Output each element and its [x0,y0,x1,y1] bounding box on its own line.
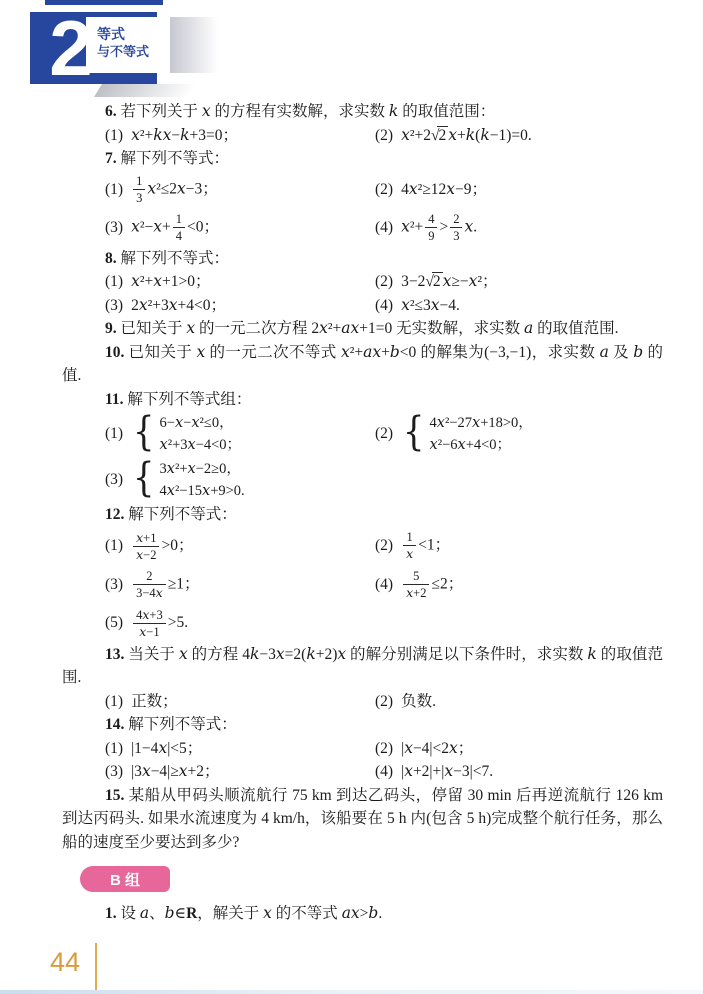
cases-line: x²−6x+4<0； [430,434,533,456]
math-variable: x [202,483,210,499]
item-label: (4) [375,294,393,318]
square-root: √2 [425,273,442,290]
math-variable: k [250,645,259,663]
item-label: (4) [375,573,393,597]
problem-stem: 9. 已知关于 x 的一元二次方程 2x²+ax+1=0 无实数解，求实数 a … [62,317,663,341]
math-variable: x [276,645,285,663]
problem-stem: 11. 解下列不等式组： [62,388,663,412]
item-label: (2) [375,124,393,148]
problem-row: (3)|3x−4|≥x+2；(4)|x+2|+|x−3|<7. [62,760,663,784]
math-variable: x [131,126,140,144]
problem-number: 9. [105,320,117,337]
problem-item: (3){3x²+x−2≥0，4x²−15x+9>0. [105,458,663,502]
math-variable: x [449,739,458,757]
item-label: (1) [105,178,123,202]
math-variable: x [443,272,452,290]
problem-item: (3)x²−x+14<0； [105,212,375,244]
cases-line: 4x²−15x+9>0. [160,480,245,502]
math-variable: x [139,624,146,639]
chapter-title-line1: 等式 [97,25,170,43]
problem-item: (3)|3x−4|≥x+2； [105,760,375,784]
fraction: 14 [173,212,185,244]
page-number: 44 [50,947,80,977]
math-variable: k [480,126,489,144]
problem-item: (1)x²+kx−k+3=0； [105,124,375,148]
math-variable: k [587,645,596,663]
item-label: (4) [375,760,393,784]
math-variable: x [131,272,140,290]
math-variable: a [524,319,533,337]
problem-item: (2)3−2√2x≥−x²； [375,270,663,294]
problem-item: (2)1x<1； [375,530,663,562]
math-variable: x [167,461,175,477]
problem-item: (4)|x+2|+|x−3|<7. [375,760,663,784]
problem-number: 7. [105,150,117,167]
problem-stem: 12. 解下列不等式： [62,503,663,527]
math-variable: x [139,296,148,314]
math-variable: x [406,546,413,561]
bold-symbol: R [186,905,197,922]
math-variable: x [472,415,480,431]
problem-item: (1)|1−4x|<5； [105,737,375,761]
item-label: (3) [105,294,123,318]
item-label: (1) [105,737,123,761]
left-brace: { [133,458,155,498]
problem-row: (1)13x²≤2x−3；(2)4x²≥12x−9； [62,171,663,209]
item-formula: 正数； [131,690,178,714]
math-variable: x [197,343,206,361]
math-variable: x [448,126,457,144]
chapter-title-line2: 与不等式 [97,43,170,60]
fraction: 13 [133,174,145,206]
math-variable: x [444,762,453,780]
item-formula: |x+2|+|x−3|<7. [401,760,493,784]
math-variable: x [263,904,272,922]
cases-line: 3x²+x−2≥0， [160,458,245,480]
math-variable: a [600,343,609,361]
item-formula: 负数. [401,690,436,714]
item-formula: 4x²≥12x−9； [401,178,487,202]
math-variable: x [191,415,199,431]
problem-number: 13. [105,646,124,663]
item-label: (1) [105,422,123,446]
item-label: (1) [105,534,123,558]
math-variable: x [158,739,167,757]
item-formula: x²+x+1>0； [131,270,210,294]
problem-item: (2){4x²−27x+18>0，x²−6x+4<0； [375,412,663,456]
math-variable: x [153,272,162,290]
chapter-title-box: 等式 与不等式 [86,17,170,73]
item-formula: x²≤3x−4. [401,294,460,318]
math-variable: ax [341,319,359,337]
math-variable: x [147,179,156,197]
item-formula: 1x<1； [401,530,450,562]
math-variable: x [341,343,350,361]
problem-item: (1){6−x−x²≤0，x²+3x−4<0； [105,412,375,456]
square-root: √2 [431,127,448,144]
math-variable: x [177,179,186,197]
math-variable: x [202,102,211,120]
item-label: (3) [105,573,123,597]
problem-row: (1)|1−4x|<5；(2)|x−4|<2x； [62,737,663,761]
item-formula: 13x²≤2x−3； [131,174,218,206]
problem-item: (2)x²+2√2x+k(k−1)=0. [375,124,663,148]
problem-14: 14. 解下列不等式：(1)|1−4x|<5；(2)|x−4|<2x；(3)|3… [62,713,663,784]
math-variable: x [136,547,143,562]
item-label: (1) [105,270,123,294]
math-variable: x [186,319,195,337]
item-label: (2) [375,178,393,202]
math-variable: x [464,217,473,235]
problem-6: 6. 若下列关于 x 的方程有实数解，求实数 k 的取值范围：(1)x²+kx−… [62,100,663,147]
group-b-badge: B 组 [80,866,170,892]
math-variable: k [466,126,475,144]
problem-stem: 7. 解下列不等式： [62,147,663,171]
math-variable: x [142,607,149,622]
math-variable: x [175,415,183,431]
math-variable: k [180,126,189,144]
item-label: (1) [105,690,123,714]
item-label: (2) [375,422,393,446]
problems-group-b: 1. 设 a、b∈R，解关于 x 的不等式 ax>b. [62,902,663,926]
math-variable: x [142,762,151,780]
problem-row: (3){3x²+x−2≥0，4x²−15x+9>0. [62,457,663,503]
item-formula: 3−2√2x≥−x²； [401,270,497,294]
problem-item: (2)|x−4|<2x； [375,737,663,761]
math-variable: a [140,904,149,922]
problem-row: (3)23−4x≥1；(4)5x+2≤2； [62,566,663,604]
item-label: (2) [375,737,393,761]
math-variable: x [458,437,466,453]
item-formula: x+1x−2>0； [131,530,193,563]
problem-item: (4)x²+49>23x. [375,212,663,244]
item-formula: |3x−4|≥x+2； [131,760,219,784]
problem-number: 15. [105,787,124,804]
math-variable: x [188,437,196,453]
chapter-title-fade [170,17,218,73]
problem-number: 6. [105,103,117,120]
problem-item: (1)正数； [105,690,375,714]
problem-row: (3)2x²+3x+4<0；(4)x²≤3x−4. [62,294,663,318]
problem-number: 14. [105,716,124,733]
math-variable: x [319,319,328,337]
math-variable: x [179,762,188,780]
problem-row: (1)x²+x+1>0；(2)3−2√2x≥−x²； [62,270,663,294]
item-label: (2) [375,690,393,714]
problem-item: (2)负数. [375,690,663,714]
math-variable: x [188,461,196,477]
left-brace: { [403,412,425,452]
page-number-rule [95,943,97,991]
problem-item: (1)x²+x+1>0； [105,270,375,294]
problems-group-a: 6. 若下列关于 x 的方程有实数解，求实数 k 的取值范围：(1)x²+kx−… [62,100,663,854]
item-formula: 4x+3x−1>5. [131,607,188,640]
item-formula: |1−4x|<5； [131,737,202,761]
math-variable: x [401,217,410,235]
math-variable: ax [342,904,360,922]
page-bottom-edge [0,990,703,994]
item-formula: 5x+2≤2； [401,569,463,601]
item-formula: x²−x+14<0； [131,212,219,244]
fraction: 23−4x [133,569,166,601]
problem-item: (4)5x+2≤2； [375,569,663,601]
problem-stem: 13. 当关于 x 的方程 4k−3x=2(k+2)x 的解分别满足以下条件时，… [62,643,663,690]
cases-line: 6−x−x²≤0， [160,412,242,434]
problem-13: 13. 当关于 x 的方程 4k−3x=2(k+2)x 的解分别满足以下条件时，… [62,643,663,714]
item-label: (3) [105,216,123,240]
problem-stem: 14. 解下列不等式： [62,713,663,737]
cases-system: {4x²−27x+18>0，x²−6x+4<0； [401,412,533,456]
problem-item: (2)4x²≥12x−9； [375,178,663,202]
math-variable: x [437,415,445,431]
item-formula: {6−x−x²≤0，x²+3x−4<0； [131,412,241,456]
problem-number: 1. [105,905,117,922]
math-variable: x [409,180,418,198]
item-label: (3) [105,760,123,784]
item-formula: {4x²−27x+18>0，x²−6x+4<0； [401,412,533,456]
math-variable: x [404,739,413,757]
fraction: 5x+2 [403,569,429,601]
problem-item: (1)x+1x−2>0； [105,530,375,563]
fraction: 49 [425,212,437,244]
cases-line: x²+3x−4<0； [160,434,242,456]
problem-row: (3)x²−x+14<0；(4)x²+49>23x. [62,209,663,247]
left-brace: { [133,412,155,452]
problem-15: 15. 某船从甲码头顺流航行 75 km 到达乙码头，停留 30 min 后再逆… [62,784,663,855]
math-variable: b [633,343,643,361]
math-variable: k [306,645,315,663]
item-formula: x²+49>23x. [401,212,477,244]
math-variable: kx [153,126,171,144]
item-label: (4) [375,216,393,240]
problem-number: 8. [105,250,117,267]
fraction: 23 [450,212,462,244]
problem-stem: 6. 若下列关于 x 的方程有实数解，求实数 k 的取值范围： [62,100,663,124]
math-variable: b [368,904,378,922]
math-variable: x [167,483,175,499]
problem-11: 11. 解下列不等式组：(1){6−x−x²≤0，x²+3x−4<0；(2){4… [62,388,663,504]
item-label: (1) [105,124,123,148]
math-variable: x [406,585,413,600]
chapter-shadow [94,84,197,97]
cases-line: 4x²−27x+18>0， [430,412,533,434]
textbook-page: 2 等式 与不等式 6. 若下列关于 x 的方程有实数解，求实数 k 的取值范围… [0,0,703,994]
problem-8: 8. 解下列不等式：(1)x²+x+1>0；(2)3−2√2x≥−x²；(3)2… [62,247,663,318]
math-variable: x [401,126,410,144]
problem-7: 7. 解下列不等式：(1)13x²≤2x−3；(2)4x²≥12x−9；(3)x… [62,147,663,247]
problem-row: (1){6−x−x²≤0，x²+3x−4<0；(2){4x²−27x+18>0，… [62,411,663,457]
item-formula: 23−4x≥1； [131,569,199,601]
problem-10: 10. 已知关于 x 的一元二次不等式 x²+ax+b<0 的解集为(−3,−1… [62,341,663,388]
math-variable: x [153,217,162,235]
problem-stem: 1. 设 a、b∈R，解关于 x 的不等式 ax>b. [62,902,663,926]
math-variable: ax [363,343,381,361]
math-variable: x [431,296,440,314]
chapter-badge: 2 等式 与不等式 [0,0,280,115]
problem-item: (1)13x²≤2x−3； [105,174,375,206]
math-variable: x [136,530,143,545]
problem-row: (1)正数；(2)负数. [62,690,663,714]
item-label: (2) [375,270,393,294]
math-variable: x [337,645,346,663]
problem-stem: 8. 解下列不等式： [62,247,663,271]
math-variable: x [160,437,168,453]
fraction: 1x [403,530,416,562]
problem-number: 12. [105,506,124,523]
item-formula: 2x²+3x+4<0； [131,294,226,318]
math-variable: x [156,585,163,600]
item-label: (3) [105,468,123,492]
problem-1: 1. 设 a、b∈R，解关于 x 的不等式 ax>b. [62,902,663,926]
math-variable: x [446,180,455,198]
problem-12: 12. 解下列不等式：(1)x+1x−2>0；(2)1x<1；(3)23−4x≥… [62,503,663,643]
math-variable: x [401,296,410,314]
item-label: (5) [105,611,123,635]
math-variable: x [179,645,188,663]
problem-item: (3)23−4x≥1； [105,569,375,601]
item-formula: {3x²+x−2≥0，4x²−15x+9>0. [131,458,245,502]
fraction: 4x+3x−1 [133,607,166,640]
problem-stem: 15. 某船从甲码头顺流航行 75 km 到达乙码头，停留 30 min 后再逆… [62,784,663,855]
problem-row: (5)4x+3x−1>5. [62,604,663,643]
math-variable: x [469,272,478,290]
problem-stem: 10. 已知关于 x 的一元二次不等式 x²+ax+b<0 的解集为(−3,−1… [62,341,663,388]
problem-9: 9. 已知关于 x 的一元二次方程 2x²+ax+1=0 无实数解，求实数 a … [62,317,663,341]
math-variable: b [390,343,400,361]
problem-number: 10. [105,344,124,361]
math-variable: x [131,217,140,235]
item-formula: x²+2√2x+k(k−1)=0. [401,124,532,148]
problem-item: (3)2x²+3x+4<0； [105,294,375,318]
math-variable: k [389,102,398,120]
problem-item: (4)x²≤3x−4. [375,294,663,318]
math-variable: b [165,904,175,922]
problem-number: 11. [105,391,124,408]
item-label: (2) [375,534,393,558]
item-formula: |x−4|<2x； [401,737,473,761]
problem-item: (5)4x+3x−1>5. [105,607,663,640]
math-variable: x [404,762,413,780]
page-content: 6. 若下列关于 x 的方程有实数解，求实数 k 的取值范围：(1)x²+kx−… [62,100,663,926]
math-variable: x [430,437,438,453]
problem-row: (1)x+1x−2>0；(2)1x<1； [62,527,663,566]
cases-system: {6−x−x²≤0，x²+3x−4<0； [131,412,241,456]
fraction: x+1x−2 [133,530,159,563]
problem-row: (1)x²+kx−k+3=0；(2)x²+2√2x+k(k−1)=0. [62,124,663,148]
cases-system: {3x²+x−2≥0，4x²−15x+9>0. [131,458,245,502]
math-variable: x [169,296,178,314]
item-formula: x²+kx−k+3=0； [131,124,238,148]
